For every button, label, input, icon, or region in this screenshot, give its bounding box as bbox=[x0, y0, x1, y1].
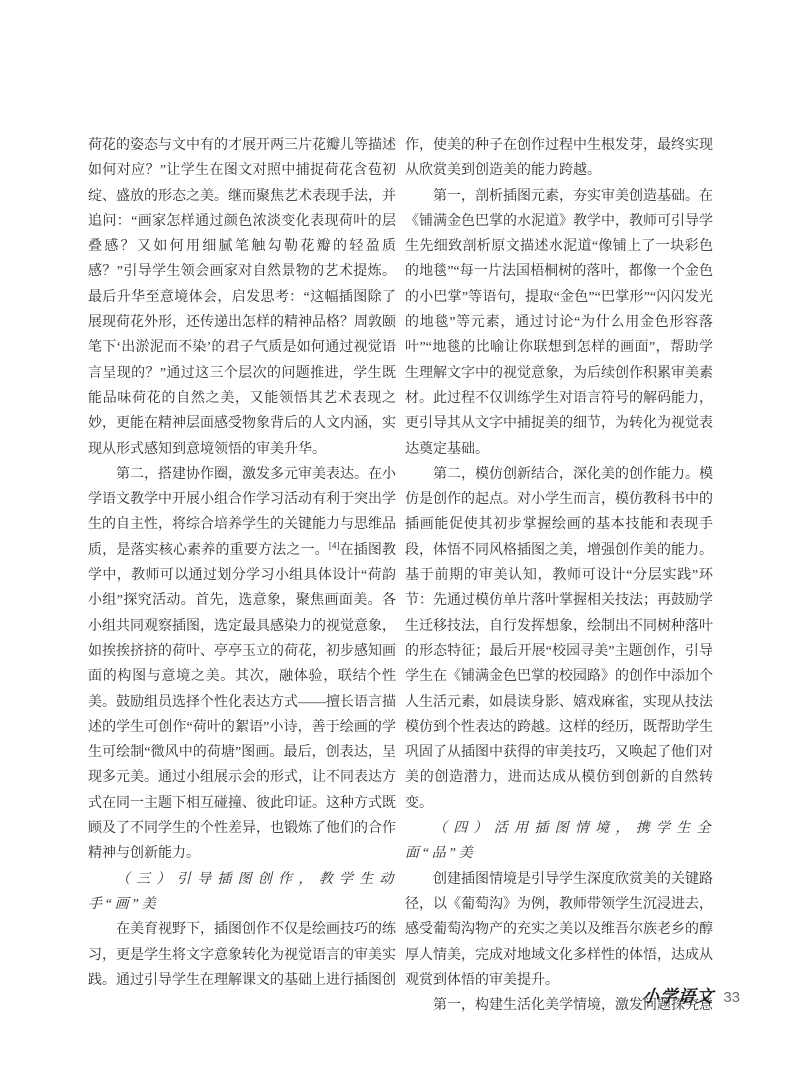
text-column-right: 作，使美的种子在创作过程中生根发芽，最终实现从欣赏美到创造美的能力跨越。 第一，… bbox=[405, 133, 713, 1018]
page-footer: 小学语文 33 bbox=[612, 982, 740, 1007]
page-number: 33 bbox=[723, 989, 740, 1006]
paragraph: 作，使美的种子在创作过程中生根发芽，最终实现从欣赏美到创造美的能力跨越。 bbox=[405, 133, 713, 184]
paragraph: 创建插图情境是引导学生深度欣赏美的关键路径，以《葡萄沟》为例，教师带领学生沉浸进… bbox=[405, 867, 713, 993]
section-heading-4: （四）活用插图情境，携学生全面“品”美 bbox=[405, 816, 713, 867]
section-heading-3: （三）引导插图创作，教学生动手“画”美 bbox=[88, 867, 396, 918]
journal-title: 小学语文 bbox=[641, 982, 716, 1007]
paragraph: 荷花的姿态与文中有的才展开两三片花瓣儿等描述如何对应？”让学生在图文对照中捕捉荷… bbox=[88, 133, 396, 462]
paragraph: 第二，模仿创新结合，深化美的创作能力。模仿是创作的起点。对小学生而言，模仿教科书… bbox=[405, 462, 713, 816]
paragraph: 在美育视野下，插图创作不仅是绘画技巧的练习，更是学生将文字意象转化为视觉语言的审… bbox=[88, 917, 396, 993]
paragraph-text: 在插图教学中，教师可以通过划分学习小组具体设计“荷韵小组”探究活动。首先，选意象… bbox=[88, 543, 396, 862]
text-column-left: 荷花的姿态与文中有的才展开两三片花瓣儿等描述如何对应？”让学生在图文对照中捕捉荷… bbox=[88, 133, 396, 993]
citation-reference: [4] bbox=[329, 540, 340, 550]
paragraph: 第二，搭建协作圈，激发多元审美表达。在小学语文教学中开展小组合作学习活动有利于突… bbox=[88, 462, 396, 867]
journal-page: 荷花的姿态与文中有的才展开两三片花瓣儿等描述如何对应？”让学生在图文对照中捕捉荷… bbox=[0, 0, 800, 1077]
paragraph: 第一，剖析插图元素，夯实审美创造基础。在《铺满金色巴掌的水泥道》教学中，教师可引… bbox=[405, 184, 713, 462]
